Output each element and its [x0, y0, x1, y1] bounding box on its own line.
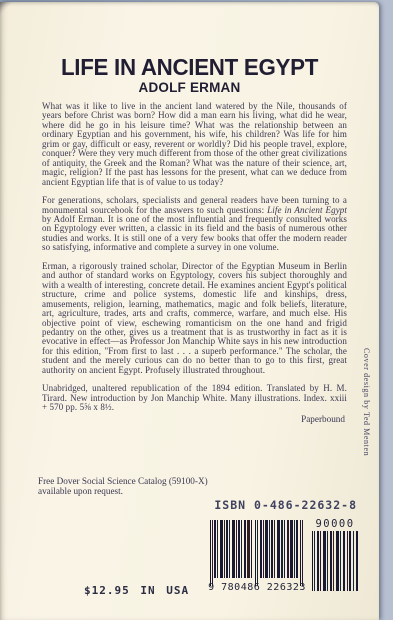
barcode-number: 9 780486 226323	[206, 582, 308, 593]
catalog-note: Free Dover Social Science Catalog (59100…	[38, 477, 318, 497]
ean-supplement-barcode	[312, 531, 359, 591]
paragraph-intro: What was it like to live in the ancient …	[42, 102, 347, 187]
sourcebook-text-after: by Adolf Erman. It is one of the most in…	[42, 214, 347, 252]
paragraph-sourcebook: For generations, scholars, specialists a…	[42, 196, 347, 253]
book-title: LIFE IN ANCIENT EGYPT	[6, 54, 374, 81]
cover-credit: Cover design by Ted Menten	[362, 348, 371, 490]
paragraph-erman: Erman, a rigorously trained scholar, Dir…	[42, 262, 347, 375]
photo-background: LIFE IN ANCIENT EGYPT ADOLF ERMAN What w…	[0, 0, 393, 620]
paragraph-edition: Unabridged, unaltered republication of t…	[42, 384, 347, 412]
barcode-supplement-number: 90000	[310, 518, 360, 530]
blurb-text-column: What was it like to live in the ancient …	[42, 102, 347, 424]
binding-label: Paperbound	[42, 414, 347, 424]
price-text: $12.95 IN USA	[84, 584, 189, 597]
catalog-note-line2: available upon request.	[38, 487, 318, 497]
ean-barcode	[210, 520, 305, 586]
isbn-text: ISBN 0-486-22632-8	[214, 498, 357, 512]
book-back-cover: LIFE IN ANCIENT EGYPT ADOLF ERMAN What w…	[0, 2, 379, 620]
book-author: ADOLF ERMAN	[0, 80, 379, 95]
photo-corner-mark	[0, 2, 16, 18]
